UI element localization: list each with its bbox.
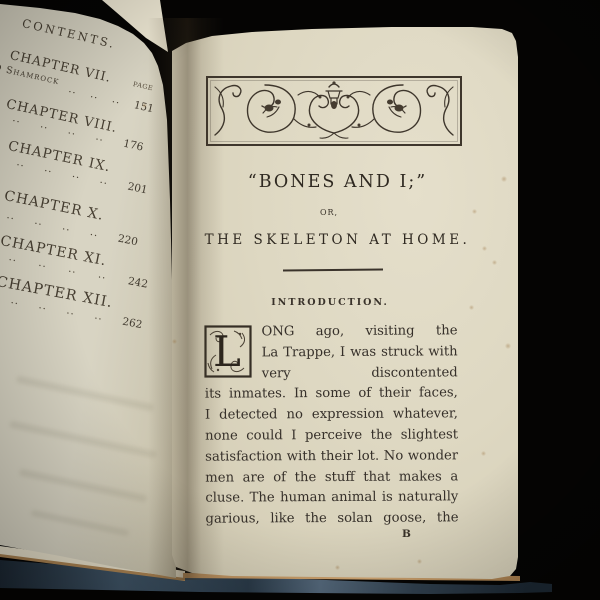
leader-dots: .. <box>71 169 81 181</box>
title-connector: OR, <box>200 208 458 217</box>
contents-heading: CONTENTS. <box>21 16 117 51</box>
leader-dots: .. <box>38 258 48 270</box>
ornamental-headpiece <box>205 74 463 148</box>
page-number: 176 <box>122 138 144 154</box>
leader-dots: .. <box>89 89 100 102</box>
body-line: its inmates. In some of their faces, ind… <box>205 384 458 406</box>
body-line: cluse. The human animal is naturally gre… <box>205 488 458 510</box>
leader-dots: .. <box>99 175 109 187</box>
leader-dots: .. <box>94 311 104 323</box>
show-through-mark <box>9 420 157 458</box>
leader-dots: .. <box>38 300 48 312</box>
leader-dots: .. <box>10 295 20 307</box>
body-line: garious, like the solan goose, the buffa… <box>205 509 458 531</box>
body-line: very discontented appearance of <box>262 363 458 385</box>
page-number: 242 <box>127 275 149 291</box>
book-subtitle: THE SKELETON AT HOME. <box>200 232 475 248</box>
page-number: 151 <box>133 99 155 115</box>
show-through-mark <box>19 469 148 503</box>
page-number: 220 <box>117 233 139 249</box>
page-number: 201 <box>126 181 148 197</box>
contents-page-column-label: PAGE <box>132 80 154 92</box>
leader-dots: .. <box>61 221 71 233</box>
leader-dots: .. <box>68 264 78 276</box>
leader-dots: .. <box>12 113 23 126</box>
introduction-paragraph: ONG ago, visiting the monastery of La Tr… <box>204 321 458 530</box>
leader-dots: .. <box>89 227 99 239</box>
leader-dots: .. <box>6 210 16 222</box>
leader-dots: .. <box>97 269 107 281</box>
leader-dots: .. <box>43 163 53 175</box>
body-line: ONG ago, visiting the monastery of <box>261 321 457 343</box>
body-line: none could I perceive the slightest glea… <box>205 425 458 447</box>
leader-dots: .. <box>95 131 106 144</box>
book-title: “BONES AND I;” <box>248 172 427 192</box>
leader-dots: .. <box>66 305 76 317</box>
section-heading: INTRODUCTION. <box>200 297 460 308</box>
body-line: La Trappe, I was struck with the <box>262 342 458 364</box>
body-line: I detected no expression whatever, but o… <box>205 405 458 427</box>
leader-dots: .. <box>68 84 79 97</box>
leader-dots: .. <box>67 125 78 138</box>
leader-dots: .. <box>34 216 44 228</box>
book-photo: CONTENTS. CHAPTER VII. D Shamrock PAGE .… <box>0 0 600 600</box>
left-page-contents: CONTENTS. CHAPTER VII. D Shamrock PAGE .… <box>0 0 176 578</box>
show-through-mark <box>16 376 154 412</box>
leader-dots: .. <box>16 157 26 169</box>
page-number: 262 <box>121 316 143 331</box>
show-through-mark <box>30 510 129 537</box>
signature-mark: B <box>402 528 411 540</box>
body-line: satisfaction with their lot. No wonder :… <box>205 446 458 468</box>
leader-dots: .. <box>39 119 50 132</box>
leader-dots: .. <box>111 94 122 107</box>
leader-dots: .. <box>8 252 18 264</box>
body-line: men are of the stuff that makes a good r… <box>205 467 458 489</box>
